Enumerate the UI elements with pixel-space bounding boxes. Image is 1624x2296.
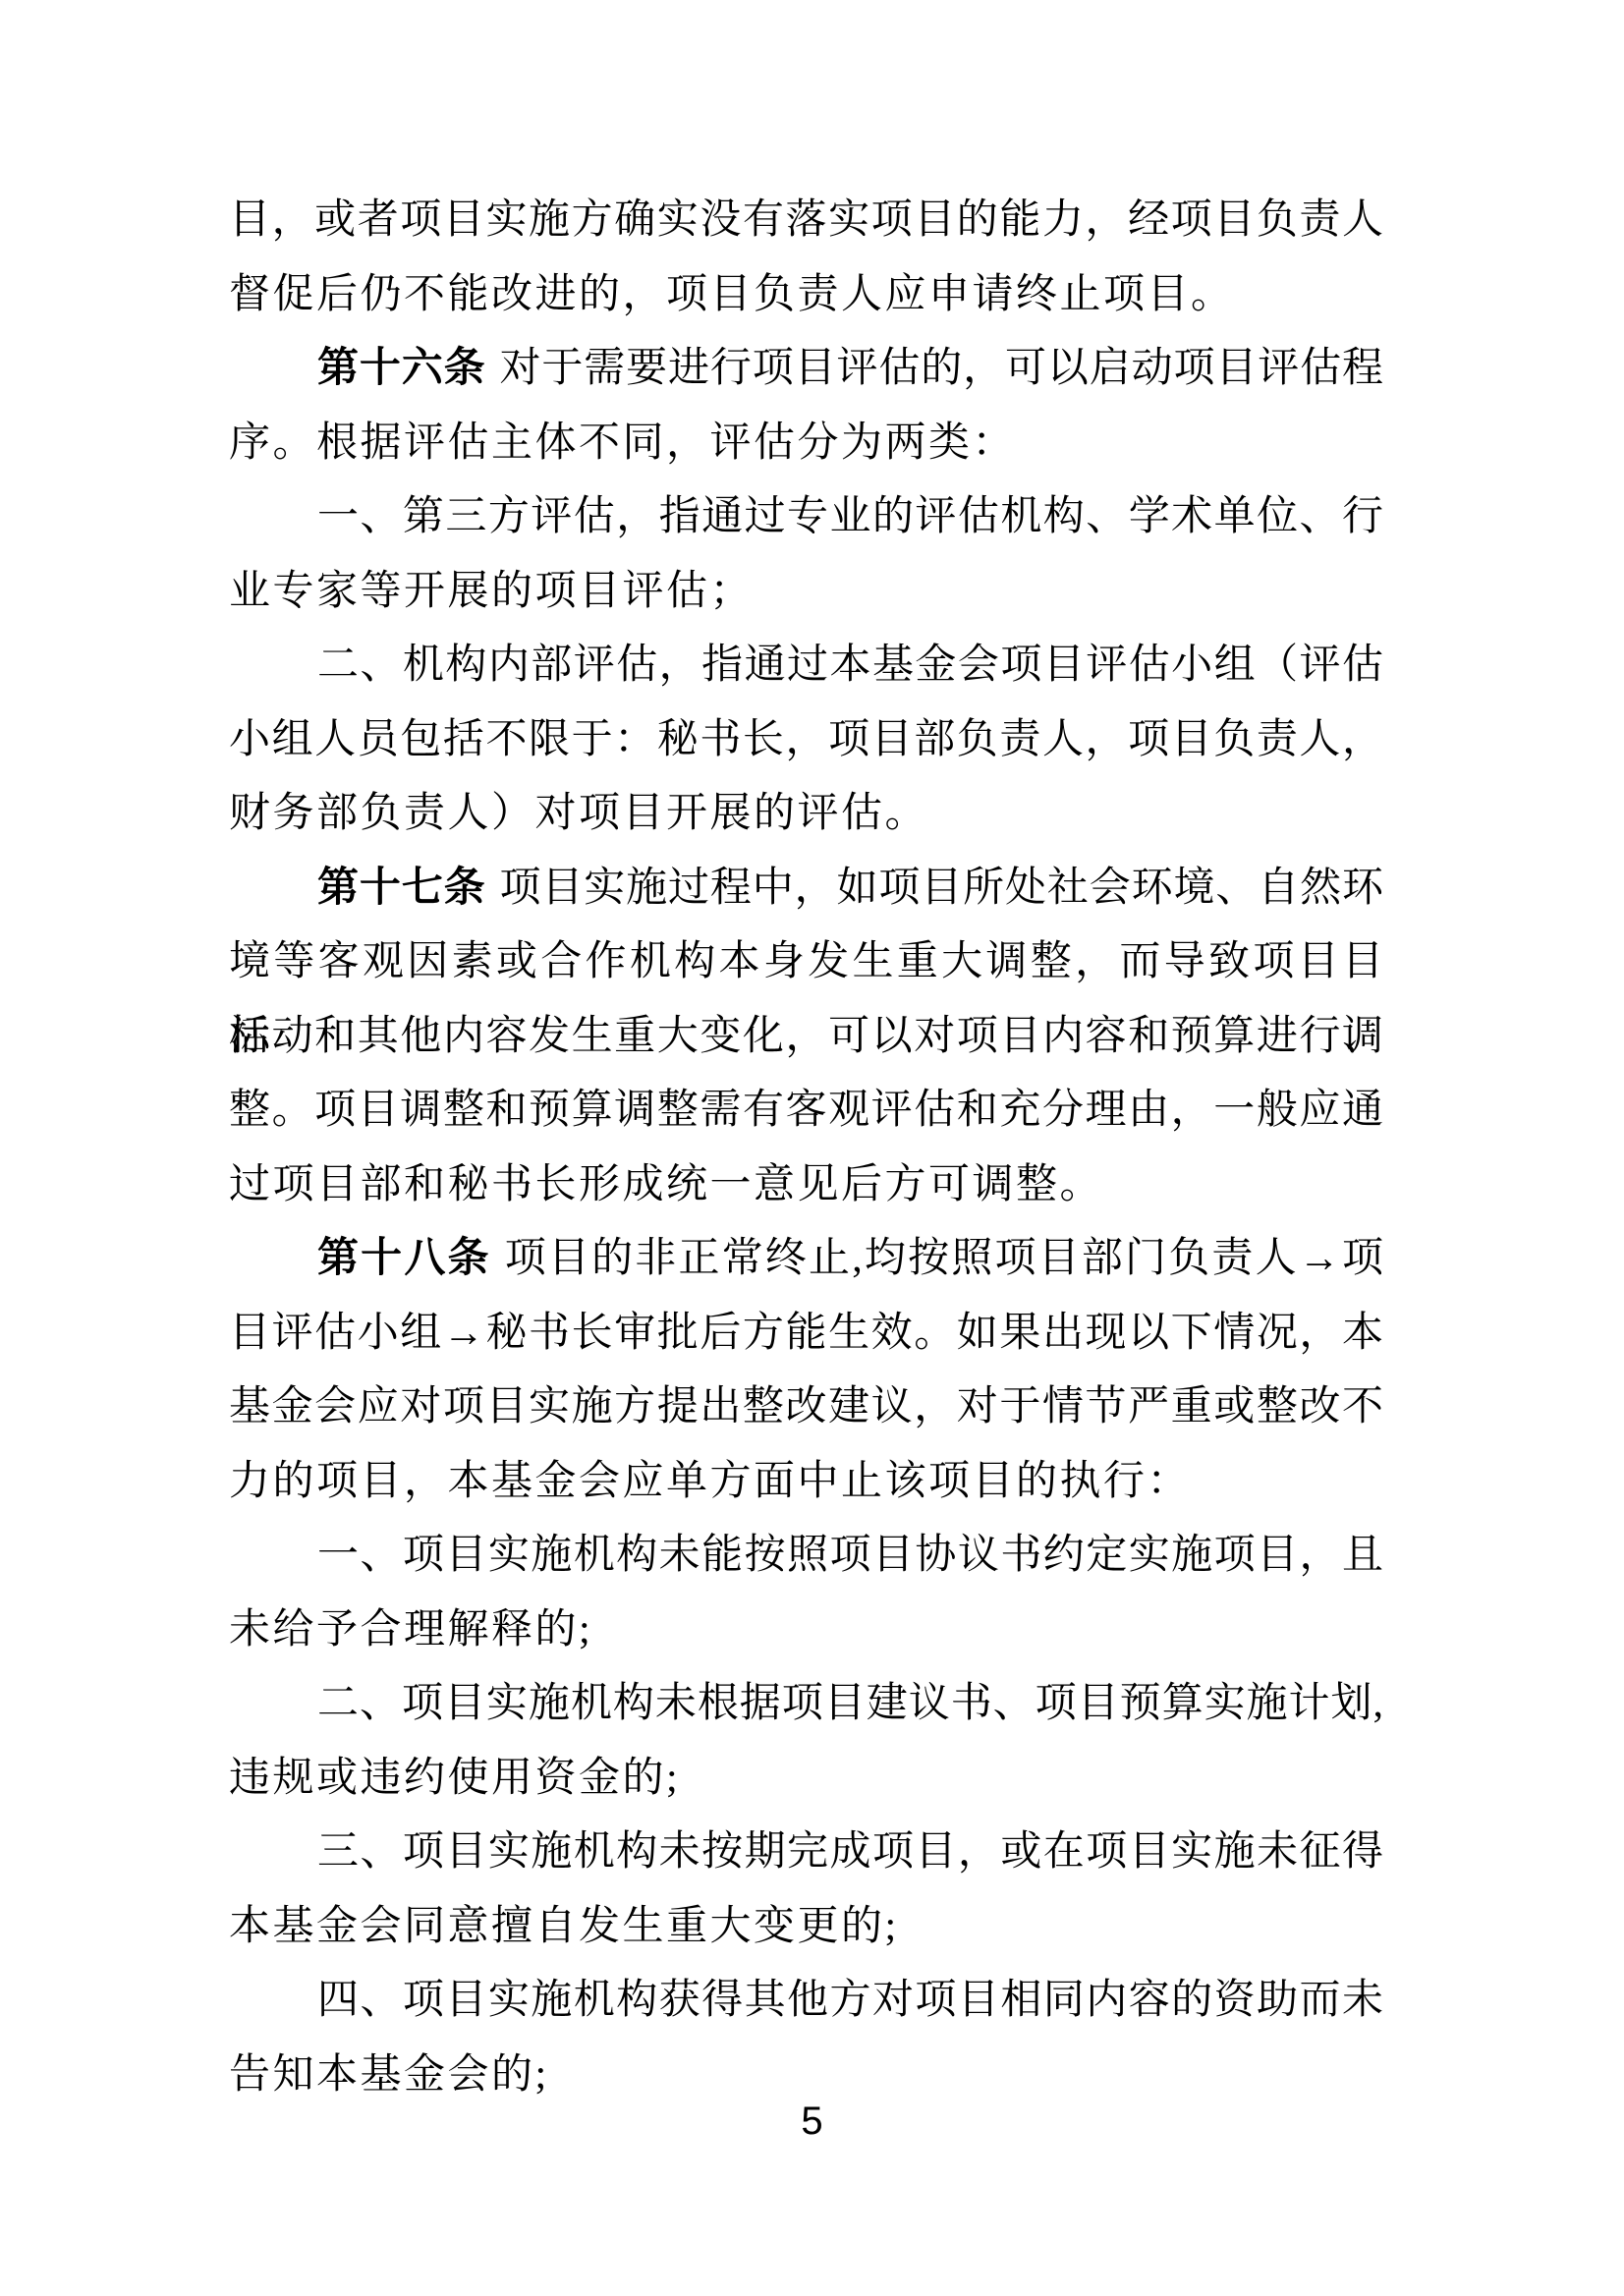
text-line: 小组人员包括不限于：秘书长，项目部负责人，项目负责人， (229, 703, 1383, 778)
line-text: 项目的非正常终止,均按照项目部门负责人→项 (505, 1236, 1383, 1281)
document-text-block: 目，或者项目实施方确实没有落实项目的能力，经项目负责人 督促后仍不能改进的，项目… (229, 184, 1383, 2112)
page-number: 5 (0, 2101, 1624, 2141)
text-line: 过项目部和秘书长形成统一意见后方可调整。 (229, 1148, 1383, 1223)
text-line: 活动和其他内容发生重大变化，可以对项目内容和预算进行调 (229, 1000, 1383, 1075)
text-line: 力的项目，本基金会应单方面中止该项目的执行： (229, 1445, 1383, 1520)
text-line: 四、项目实施机构获得其他方对项目相同内容的资助而未 (229, 1964, 1383, 2039)
text-line: 二、机构内部评估，指通过本基金会项目评估小组（评估 (229, 629, 1383, 703)
line-text: 项目实施过程中，如项目所处社会环境、自然环 (500, 866, 1383, 911)
text-line: 财务部负责人）对项目开展的评估。 (229, 777, 1383, 852)
text-line: 境等客观因素或合作机构本身发生重大调整，而导致项目目标、 (229, 925, 1383, 1000)
document-page: 目，或者项目实施方确实没有落实项目的能力，经项目负责人 督促后仍不能改进的，项目… (0, 0, 1624, 2296)
text-line: 第十七条项目实施过程中，如项目所处社会环境、自然环 (229, 852, 1383, 926)
text-line: 序。根据评估主体不同，评估分为两类： (229, 407, 1383, 481)
text-line: 一、第三方评估，指通过专业的评估机构、学术单位、行 (229, 480, 1383, 555)
text-line: 目，或者项目实施方确实没有落实项目的能力，经项目负责人 (229, 184, 1383, 258)
text-line: 一、项目实施机构未能按照项目协议书约定实施项目，且 (229, 1519, 1383, 1594)
text-line: 业专家等开展的项目评估； (229, 555, 1383, 630)
text-line: 二、项目实施机构未根据项目建议书、项目预算实施计划, (229, 1667, 1383, 1742)
text-line: 本基金会同意擅自发生重大变更的; (229, 1890, 1383, 1965)
text-line: 第十六条对于需要进行项目评估的，可以启动项目评估程 (229, 332, 1383, 407)
line-text: 对于需要进行项目评估的，可以启动项目评估程 (500, 346, 1383, 391)
text-line: 三、项目实施机构未按期完成项目，或在项目实施未征得 (229, 1816, 1383, 1890)
article-heading: 第十七条 (317, 866, 486, 911)
text-line: 基金会应对项目实施方提出整改建议，对于情节严重或整改不 (229, 1371, 1383, 1445)
article-heading: 第十六条 (317, 346, 486, 391)
article-heading: 第十八条 (317, 1236, 491, 1281)
text-line: 整。项目调整和预算调整需有客观评估和充分理由，一般应通 (229, 1074, 1383, 1148)
text-line: 未给予合理解释的; (229, 1594, 1383, 1668)
text-line: 第十八条项目的非正常终止,均按照项目部门负责人→项 (229, 1222, 1383, 1297)
text-line: 违规或违约使用资金的; (229, 1742, 1383, 1817)
text-line: 目评估小组→秘书长审批后方能生效。如果出现以下情况，本 (229, 1297, 1383, 1372)
text-line: 督促后仍不能改进的，项目负责人应申请终止项目。 (229, 258, 1383, 333)
